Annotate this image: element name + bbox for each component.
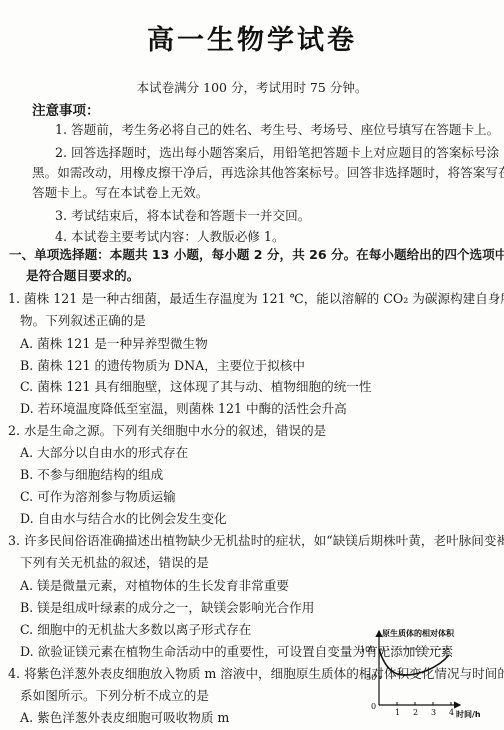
svg-text:2: 2: [413, 708, 418, 717]
notice-heading: 注意事项：: [32, 99, 100, 119]
svg-text:0: 0: [371, 702, 376, 711]
protoplast-curve: [379, 649, 449, 675]
question-stem: 物。下列叙述正确的是: [20, 313, 146, 329]
svg-text:50: 50: [366, 673, 376, 682]
question-stem: 1. 菌株 121 是一种古细菌，最适生存温度为 121 ℃，能以溶解的 CO₂…: [8, 291, 504, 307]
protoplast-volume-chart: 原生质体的相对体积 100 50 0 1 2 3 4 时间/h: [360, 628, 504, 728]
svg-text:4: 4: [449, 708, 454, 717]
section-heading-cont: 是符合题目要求的。: [26, 268, 139, 284]
option: C. 细胞中的无机盐大多数以离子形式存在: [20, 622, 251, 638]
question-stem: 3. 许多民间俗语准确描述出植物缺少无机盐时的症状，如“缺镁后期株叶黄，老叶脉间…: [8, 533, 504, 549]
x-axis-label: 时间/h: [456, 709, 481, 719]
option: A. 大部分以自由水的形式存在: [20, 445, 188, 461]
option: B. 菌株 121 的遗传物质为 DNA，主要位于拟核中: [20, 358, 305, 374]
question-stem: 2. 水是生命之源。下列有关细胞中水分的叙述，错误的是: [8, 423, 326, 439]
section-heading: 一、单项选择题：本题共 13 小题，每小题 2 分，共 26 分。在每小题给出的…: [9, 247, 504, 263]
option: D. 自由水与结合水的比例会发生变化: [20, 511, 227, 527]
notice-line: 2. 回答选择题时，选出每小题答案后，用铅笔把答题卡上对应题目的答案标号涂: [55, 145, 499, 161]
option: B. 镁是组成叶绿素的成分之一，缺镁会影响光合作用: [20, 600, 314, 616]
y-axis-label: 原生质体的相对体积: [382, 628, 455, 638]
option: A. 镁是微量元素，对植物体的生长发育非常重要: [20, 578, 289, 594]
page-title: 高一生物学试卷: [0, 18, 504, 57]
option: D. 若环境温度降低至室温，则菌株 121 中酶的活性会升高: [20, 401, 347, 417]
option: A. 紫色洋葱外表皮细胞可吸收物质 m: [20, 710, 229, 726]
notice-line: 答题卡上。写在本试卷上无效。: [32, 185, 208, 201]
question-stem: 系如图所示。下列分析不成立的是: [20, 688, 209, 704]
line-chart: 原生质体的相对体积 100 50 0 1 2 3 4 时间/h: [360, 628, 504, 728]
notice-line: 黑。如需改动，用橡皮擦干净后，再选涂其他答案标号。回答非选择题时，将答案写在: [32, 165, 504, 181]
svg-text:100: 100: [360, 645, 375, 654]
svg-text:1: 1: [395, 708, 400, 717]
option: B. 不参与细胞结构的组成: [20, 467, 163, 483]
question-stem: 下列有关无机盐的叙述，错误的是: [20, 555, 209, 571]
svg-text:3: 3: [431, 708, 436, 717]
option: A. 菌株 121 是一种异养型微生物: [20, 336, 208, 352]
notice-line: 3. 考试结束后，将本试卷和答题卡一并交回。: [55, 208, 310, 224]
notice-line: 1. 答题前，考生务必将自己的姓名、考生号、考场号、座位号填写在答题卡上。: [55, 122, 499, 138]
exam-meta: 本试卷满分 100 分，考试用时 75 分钟。: [0, 78, 504, 96]
option: C. 菌株 121 具有细胞壁，这体现了其与动、植物细胞的统一性: [20, 379, 372, 395]
option: C. 可作为溶剂参与物质运输: [20, 489, 176, 505]
notice-line: 4. 本试卷主要考试内容：人教版必修 1。: [55, 229, 285, 245]
